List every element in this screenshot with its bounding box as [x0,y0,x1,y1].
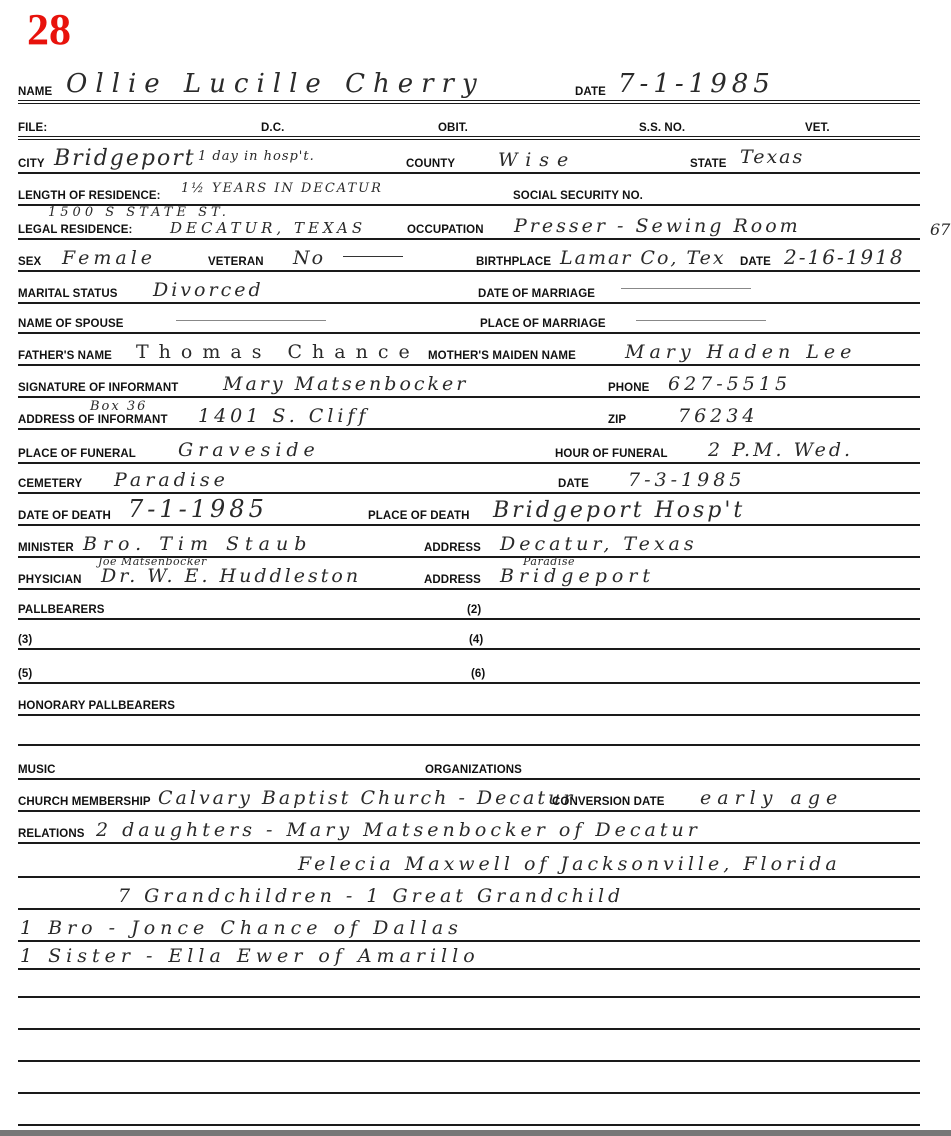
county-value[interactable]: Wise [498,149,576,171]
honorary-pallbearers-blank[interactable] [18,714,920,746]
mothers-maiden-name-label: MOTHER'S MAIDEN NAME [428,350,576,362]
fathers-name-value[interactable]: Thomas Chance [136,341,420,363]
city-row: CITY Bridgeport 1 day in hosp't. COUNTY … [18,140,920,174]
state-label: STATE [690,158,727,170]
relations-row-4: 1 Bro - Jonce Chance of Dallas [18,908,920,942]
place-of-funeral-label: PLACE OF FUNERAL [18,448,136,460]
city-value[interactable]: Bridgeport [54,146,196,171]
address-of-informant-note[interactable]: Box 36 [90,399,147,414]
mothers-maiden-name-value[interactable]: Mary Haden Lee [625,341,856,363]
marital-status-row: MARITAL STATUS Divorced DATE OF MARRIAGE [18,270,920,304]
minister-value[interactable]: Bro. Tim Staub [83,533,312,555]
legal-residence-value[interactable]: DECATUR, TEXAS [170,219,366,237]
informant-row: SIGNATURE OF INFORMANT Mary Matsenbocker… [18,364,920,398]
relations-line-1[interactable]: 2 daughters - Mary Matsenbocker of Decat… [96,819,701,841]
church-membership-label: CHURCH MEMBERSHIP [18,796,151,808]
date-of-death-value[interactable]: 7-1-1985 [128,495,268,523]
relations-line-3[interactable]: 7 Grandchildren - 1 Great Grandchild [118,885,624,907]
relations-line-2[interactable]: Felecia Maxwell of Jacksonville, Florida [298,853,841,875]
name-row: NAME Ollie Lucille Cherry DATE 7-1-1985 [18,72,920,104]
funeral-row: PLACE OF FUNERAL Graveside HOUR OF FUNER… [18,428,920,464]
date-of-death-label: DATE OF DEATH [18,510,111,522]
legal-residence-label: LEGAL RESIDENCE: [18,224,132,236]
phone-label: PHONE [608,382,649,394]
physician-address-value[interactable]: Bridgeport [500,565,655,587]
state-value[interactable]: Texas [740,146,804,168]
file-label: FILE: [18,122,47,134]
death-row: DATE OF DEATH 7-1-1985 PLACE OF DEATH Br… [18,492,920,526]
honorary-pallbearers-row: HONORARY PALLBEARERS [18,684,920,716]
relations-row-2: Felecia Maxwell of Jacksonville, Florida [18,842,920,878]
legal-residence-note[interactable]: 1500 S STATE ST. [48,205,230,220]
pallbearers-row-2: (3) (4) [18,618,920,650]
conversion-date-label: CONVERSION DATE [552,796,664,808]
name-label: NAME [18,86,52,98]
pallbearer-slot-3: (3) [18,634,32,646]
blank-line-2[interactable] [18,1000,920,1030]
blank-line-4[interactable] [18,1064,920,1094]
ss-no-label: S.S. NO. [639,122,685,134]
marital-status-label: MARITAL STATUS [18,288,118,300]
pallbearers-row-3: (5) (6) [18,652,920,684]
scan-edge [0,1130,951,1136]
physician-value[interactable]: Dr. W. E. Huddleston [101,565,361,587]
relations-line-5[interactable]: 1 Sister - Ella Ewer of Amarillo [20,945,480,967]
sex-label: SEX [18,256,41,268]
signature-of-informant-label: SIGNATURE OF INFORMANT [18,382,178,394]
veteran-value[interactable]: No [293,247,325,269]
relations-label: RELATIONS [18,828,85,840]
relations-row-5: 1 Sister - Ella Ewer of Amarillo [18,940,920,970]
address-of-informant-label: ADDRESS OF INFORMANT [18,414,168,426]
sex-value[interactable]: Female [62,247,156,269]
length-of-residence-value[interactable]: 1½ YEARS IN DECATUR [181,181,383,196]
veteran-dash [343,256,403,257]
church-row: CHURCH MEMBERSHIP Calvary Baptist Church… [18,778,920,812]
funeral-date-label: DATE [558,478,589,490]
pallbearer-slot-2: (2) [467,604,481,616]
name-of-spouse-dash [176,320,326,321]
relations-row-3: 7 Grandchildren - 1 Great Grandchild [18,876,920,910]
funeral-date-value[interactable]: 7-3-1985 [628,469,745,491]
margin-note: 67 [930,220,950,239]
place-of-death-value[interactable]: Bridgeport Hosp't [493,498,745,523]
marital-status-value[interactable]: Divorced [153,279,264,301]
length-of-residence-label: LENGTH OF RESIDENCE: [18,190,161,202]
place-of-marriage-dash [636,320,766,321]
physician-address-label: ADDRESS [424,574,481,586]
blank-line-3[interactable] [18,1032,920,1062]
signature-of-informant-value[interactable]: Mary Matsenbocker [223,373,468,395]
fathers-name-label: FATHER'S NAME [18,350,112,362]
blank-line-5[interactable] [18,1096,920,1126]
birth-date-value[interactable]: 2-16-1918 [784,245,905,269]
hour-of-funeral-value[interactable]: 2 P.M. Wed. [708,439,853,461]
date-of-marriage-label: DATE OF MARRIAGE [478,288,595,300]
record-date-value[interactable]: 7-1-1985 [618,69,775,99]
obit-label: OBIT. [438,122,468,134]
page-number: 28 [27,8,71,52]
city-note[interactable]: 1 day in hosp't. [198,149,315,164]
phone-value[interactable]: 627-5515 [668,373,791,395]
blank-line-1[interactable] [18,968,920,998]
cemetery-value[interactable]: Paradise [114,469,229,491]
record-date-label: DATE [575,86,606,98]
occupation-label: OCCUPATION [407,224,484,236]
conversion-date-value[interactable]: early age [700,787,843,809]
dc-label: D.C. [261,122,284,134]
name-of-spouse-label: NAME OF SPOUSE [18,318,124,330]
legal-residence-row: LEGAL RESIDENCE: 1500 S STATE ST. DECATU… [18,204,920,240]
name-value[interactable]: Ollie Lucille Cherry [66,69,485,99]
birthplace-value[interactable]: Lamar Co, Tex [560,247,726,269]
place-of-funeral-value[interactable]: Graveside [178,439,320,461]
place-of-death-label: PLACE OF DEATH [368,510,470,522]
city-label: CITY [18,158,45,170]
file-row: FILE: D.C. OBIT. S.S. NO. VET. [18,106,920,140]
zip-value[interactable]: 76234 [678,405,758,427]
cemetery-label: CEMETERY [18,478,82,490]
cemetery-row: CEMETERY Paradise DATE 7-3-1985 [18,462,920,494]
pallbearers-label: PALLBEARERS [18,604,105,616]
relations-line-4[interactable]: 1 Bro - Jonce Chance of Dallas [20,917,463,939]
county-label: COUNTY [406,158,455,170]
informant-address-row: ADDRESS OF INFORMANT Box 36 1401 S. Clif… [18,396,920,430]
vet-label: VET. [805,122,830,134]
physician-label: PHYSICIAN [18,574,82,586]
social-security-label: SOCIAL SECURITY NO. [513,190,643,202]
music-row: MUSIC ORGANIZATIONS [18,748,920,780]
relations-row-1: RELATIONS 2 daughters - Mary Matsenbocke… [18,810,920,844]
minister-label: MINISTER [18,542,74,554]
birthplace-label: BIRTHPLACE [476,256,551,268]
zip-label: ZIP [608,414,626,426]
minister-address-value[interactable]: Decatur, Texas [500,533,698,555]
pallbearers-row-1: PALLBEARERS (2) [18,588,920,620]
birth-date-label: DATE [740,256,771,268]
pallbearer-slot-4: (4) [469,634,483,646]
occupation-value[interactable]: Presser - Sewing Room [514,215,801,237]
hour-of-funeral-label: HOUR OF FUNERAL [555,448,668,460]
physician-row: Joe Matsenbocker Paradise PHYSICIAN Dr. … [18,556,920,590]
length-of-residence-row: LENGTH OF RESIDENCE: 1½ YEARS IN DECATUR… [18,172,920,206]
music-label: MUSIC [18,764,56,776]
organizations-label: ORGANIZATIONS [425,764,522,776]
honorary-pallbearers-label: HONORARY PALLBEARERS [18,700,175,712]
veteran-label: VETERAN [208,256,264,268]
minister-row: MINISTER Bro. Tim Staub ADDRESS Decatur,… [18,524,920,558]
minister-address-label: ADDRESS [424,542,481,554]
date-of-marriage-dash [621,288,751,289]
parents-row: FATHER'S NAME Thomas Chance MOTHER'S MAI… [18,332,920,366]
place-of-marriage-label: PLACE OF MARRIAGE [480,318,606,330]
address-of-informant-value[interactable]: 1401 S. Cliff [198,405,370,427]
pallbearer-slot-6: (6) [471,668,485,680]
pallbearer-slot-5: (5) [18,668,32,680]
church-membership-value[interactable]: Calvary Baptist Church - Decatur [158,787,575,809]
sex-row: SEX Female VETERAN No BIRTHPLACE Lamar C… [18,238,920,272]
spouse-row: NAME OF SPOUSE PLACE OF MARRIAGE [18,302,920,334]
